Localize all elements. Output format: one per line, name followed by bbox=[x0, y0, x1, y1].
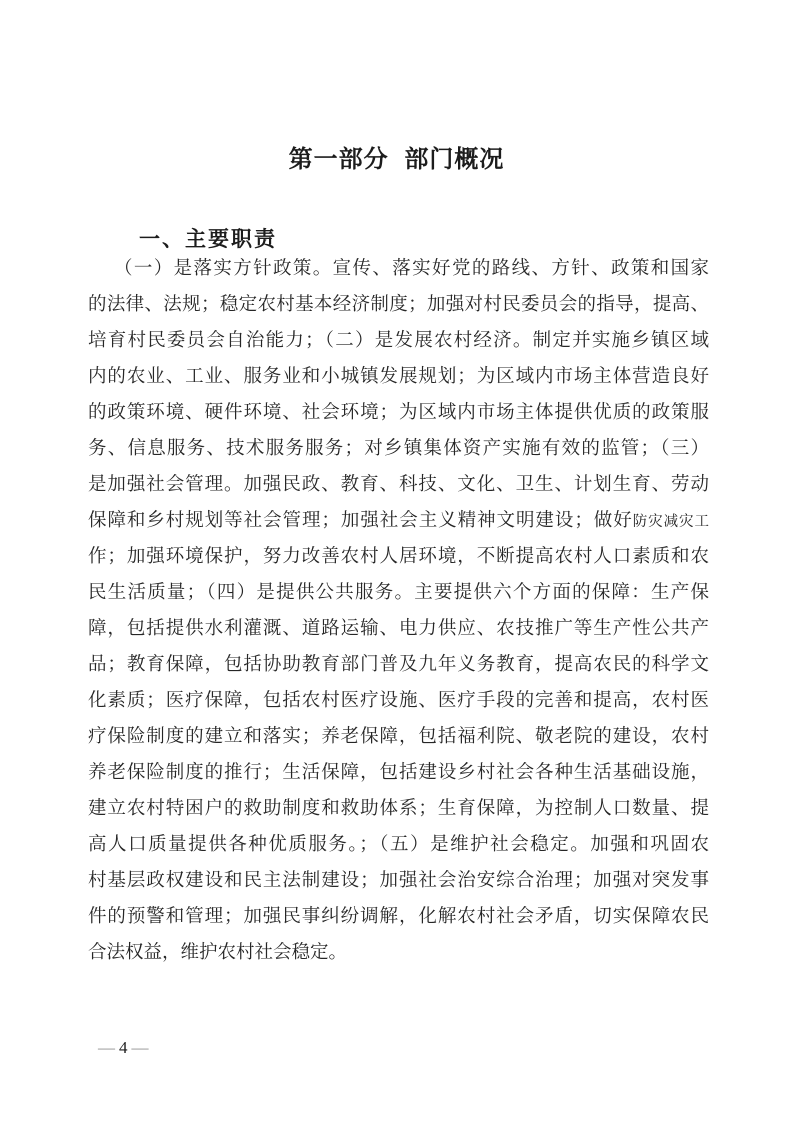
text-segment: 化素质；医疗保障，包括农村医疗设施、医疗手段的完善和提高，农村医 bbox=[88, 691, 709, 711]
text-line: 保障和乡村规划等社会管理；加强社会主义精神文明建设；做好防灾减灾工 bbox=[88, 503, 709, 539]
text-segment: 的法律、法规；稳定农村基本经济制度；加强对村民委员会的指导，提高、 bbox=[88, 295, 709, 315]
text-segment: 疗保险制度的建立和落实；养老保障，包括福利院、敬老院的建设，农村 bbox=[88, 727, 709, 747]
text-segment: 的政策环境、硬件环境、社会环境；为区域内市场主体提供优质的政策服 bbox=[88, 403, 709, 423]
text-line: 件的预警和管理；加强民事纠纷调解，化解农村社会矛盾，切实保障农民 bbox=[88, 899, 709, 935]
section-heading: 一、主要职责 bbox=[139, 223, 277, 253]
text-segment: 是加强社会管理。加强民政、教育、科技、文化、卫生、计划生育、劳动 bbox=[88, 475, 709, 495]
page-number-dash-left: — bbox=[95, 1038, 119, 1057]
text-line: 的政策环境、硬件环境、社会环境；为区域内市场主体提供优质的政策服 bbox=[88, 395, 709, 431]
document-title: 第一部分 部门概况 bbox=[0, 139, 793, 174]
text-line: 品；教育保障，包括协助教育部门普及九年义务教育，提高农民的科学文 bbox=[88, 647, 709, 683]
text-line: 化素质；医疗保障，包括农村医疗设施、医疗手段的完善和提高，农村医 bbox=[88, 683, 709, 719]
text-line: 合法权益，维护农村社会稳定。 bbox=[88, 935, 709, 971]
text-segment: 作；加强环境保护，努力改善农村人居环境，不断提高农村人口素质和农 bbox=[88, 547, 709, 567]
text-line: 养老保险制度的推行；生活保障，包括建设乡村社会各种生活基础设施， bbox=[88, 755, 709, 791]
text-segment: 培育村民委员会自治能力；（二）是发展农村经济。制定并实施乡镇区域 bbox=[88, 331, 709, 351]
text-segment: （一）是落实方针政策。宣传、落实好党的路线、方针、政策和国家 bbox=[114, 259, 709, 279]
small-text-segment: 防灾减灾工 bbox=[633, 514, 709, 530]
text-line: 建立农村特困户的救助制度和救助体系；生育保障，为控制人口数量、提 bbox=[88, 791, 709, 827]
text-line: 培育村民委员会自治能力；（二）是发展农村经济。制定并实施乡镇区域 bbox=[88, 323, 709, 359]
text-line: 民生活质量；（四）是提供公共服务。主要提供六个方面的保障：生产保 bbox=[88, 575, 709, 611]
text-segment: 高人口质量提供各种优质服务。；（五）是维护社会稳定。加强和巩固农 bbox=[88, 835, 709, 855]
text-line: 村基层政权建设和民主法制建设；加强社会治安综合治理；加强对突发事 bbox=[88, 863, 709, 899]
text-segment: 建立农村特困户的救助制度和救助体系；生育保障，为控制人口数量、提 bbox=[88, 799, 709, 819]
document-page: 第一部分 部门概况 一、主要职责 （一）是落实方针政策。宣传、落实好党的路线、方… bbox=[0, 0, 793, 1122]
text-segment: 合法权益，维护农村社会稳定。 bbox=[88, 943, 347, 963]
text-line: 是加强社会管理。加强民政、教育、科技、文化、卫生、计划生育、劳动 bbox=[88, 467, 709, 503]
text-segment: 村基层政权建设和民主法制建设；加强社会治安综合治理；加强对突发事 bbox=[88, 871, 709, 891]
text-line: 作；加强环境保护，努力改善农村人居环境，不断提高农村人口素质和农 bbox=[88, 539, 709, 575]
text-line: （一）是落实方针政策。宣传、落实好党的路线、方针、政策和国家 bbox=[88, 251, 709, 287]
text-line: 内的农业、工业、服务业和小城镇发展规划；为区域内市场主体营造良好 bbox=[88, 359, 709, 395]
text-segment: 件的预警和管理；加强民事纠纷调解，化解农村社会矛盾，切实保障农民 bbox=[88, 907, 709, 927]
text-segment: 务、信息服务、技术服务服务；对乡镇集体资产实施有效的监管；（三） bbox=[88, 439, 709, 459]
text-segment: 养老保险制度的推行；生活保障，包括建设乡村社会各种生活基础设施， bbox=[88, 763, 709, 783]
text-segment: 保障和乡村规划等社会管理；加强社会主义精神文明建设；做好 bbox=[88, 511, 633, 531]
text-segment: 民生活质量；（四）是提供公共服务。主要提供六个方面的保障：生产保 bbox=[88, 583, 709, 603]
page-number-value: 4 bbox=[119, 1038, 129, 1057]
text-segment: 内的农业、工业、服务业和小城镇发展规划；为区域内市场主体营造良好 bbox=[88, 367, 709, 387]
text-line: 高人口质量提供各种优质服务。；（五）是维护社会稳定。加强和巩固农 bbox=[88, 827, 709, 863]
page-number: —4— bbox=[95, 1038, 153, 1058]
text-line: 的法律、法规；稳定农村基本经济制度；加强对村民委员会的指导，提高、 bbox=[88, 287, 709, 323]
page-number-dash-right: — bbox=[129, 1038, 153, 1057]
body-paragraph: （一）是落实方针政策。宣传、落实好党的路线、方针、政策和国家 的法律、法规；稳定… bbox=[88, 251, 709, 971]
text-line: 务、信息服务、技术服务服务；对乡镇集体资产实施有效的监管；（三） bbox=[88, 431, 709, 467]
text-line: 障，包括提供水利灌溉、道路运输、电力供应、农技推广等生产性公共产 bbox=[88, 611, 709, 647]
text-segment: 障，包括提供水利灌溉、道路运输、电力供应、农技推广等生产性公共产 bbox=[88, 619, 709, 639]
text-segment: 品；教育保障，包括协助教育部门普及九年义务教育，提高农民的科学文 bbox=[88, 655, 709, 675]
text-line: 疗保险制度的建立和落实；养老保障，包括福利院、敬老院的建设，农村 bbox=[88, 719, 709, 755]
